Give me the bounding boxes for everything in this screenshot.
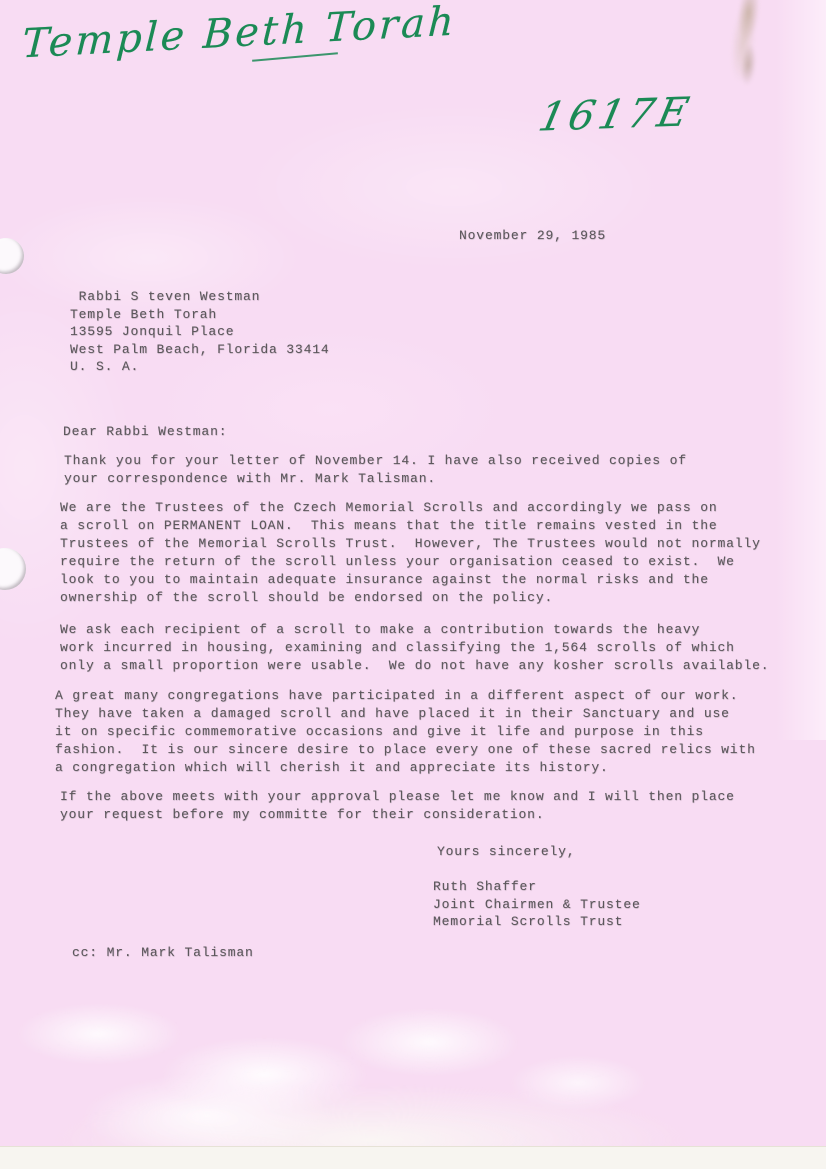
body-paragraph-5: If the above meets with your approval pl… (60, 788, 735, 824)
body-paragraph-4: A great many congregations have particip… (55, 687, 756, 777)
body-paragraph-3: We ask each recipient of a scroll to mak… (60, 621, 769, 675)
cc-line: cc: Mr. Mark Talisman (72, 944, 254, 962)
signature-block: Ruth Shaffer Joint Chairmen & Trustee Me… (433, 878, 641, 931)
scan-edge-bottom-strip (0, 1146, 826, 1169)
letter-date: November 29, 1985 (459, 227, 606, 245)
body-paragraph-2: We are the Trustees of the Czech Memoria… (60, 499, 761, 607)
scanned-letter-page: Temple Beth Torah 1617E November 29, 198… (0, 0, 826, 1169)
recipient-address-block: Rabbi S teven Westman Temple Beth Torah … (70, 288, 330, 376)
body-paragraph-1: Thank you for your letter of November 14… (64, 452, 687, 488)
punch-hole-bottom (0, 548, 26, 590)
tape-residue-smudge (714, 0, 773, 134)
handwritten-scroll-number: 1617E (534, 89, 696, 140)
punch-hole-top (0, 238, 24, 274)
handwritten-congregation-name: Temple Beth Torah (21, 0, 458, 67)
paper-texture-right-strip (776, 0, 826, 740)
paper-texture-bottom-mottle (0, 985, 826, 1148)
salutation: Dear Rabbi Westman: (63, 423, 227, 441)
complimentary-closing: Yours sincerely, (437, 843, 575, 861)
